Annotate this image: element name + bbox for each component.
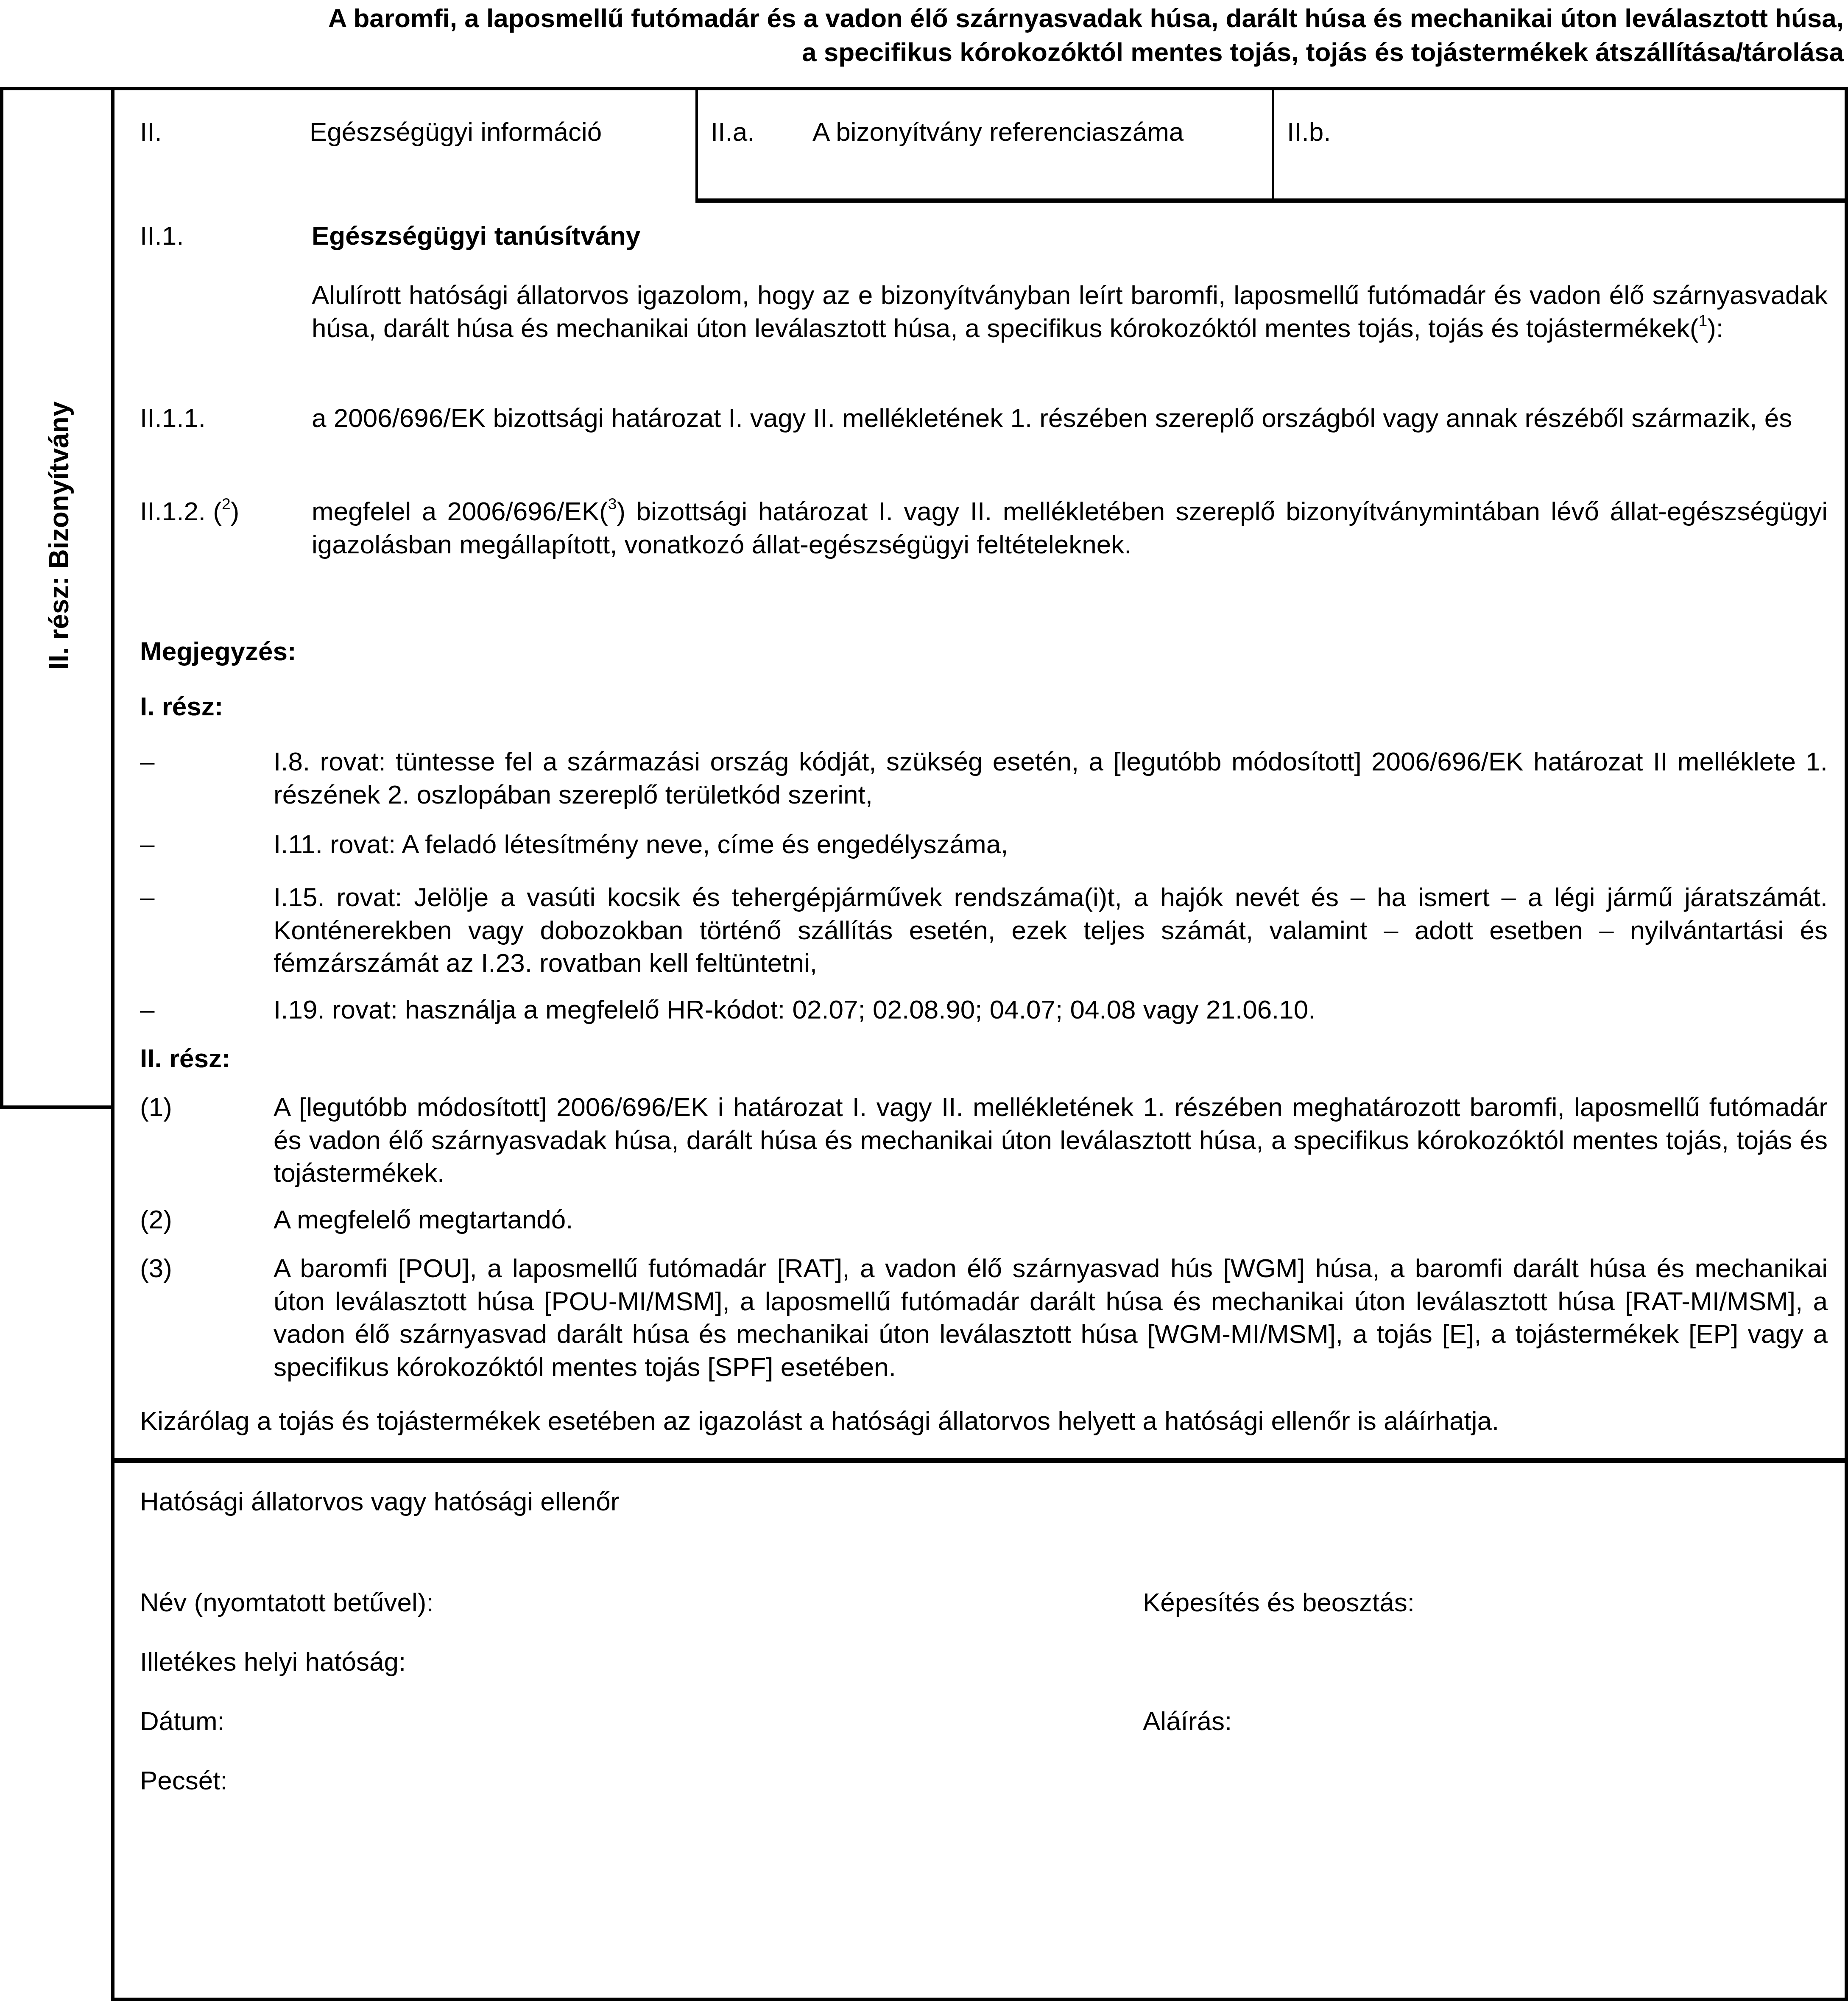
note-item: – I.15. rovat: Jelölje a vasúti kocsik é…: [140, 881, 1828, 980]
certificate-body: II. Egészségügyi információ II.a. A bizo…: [111, 87, 1848, 2001]
note-bullet: –: [140, 881, 154, 914]
notes-heading: Megjegyzés:: [140, 635, 296, 668]
intro-end: :: [1716, 314, 1723, 343]
note-bullet: –: [140, 828, 154, 861]
footnote-number: (3): [140, 1252, 172, 1285]
note-item: – I.19. rovat: használja a megfelelő HR-…: [140, 994, 1828, 1027]
footnote-ref-2: 2: [222, 495, 231, 513]
date-field-label[interactable]: Dátum:: [140, 1705, 225, 1738]
note-text: I.19. rovat: használja a megfelelő HR-kó…: [274, 994, 1828, 1027]
item-text: a 2006/696/EK bizottsági határozat I. va…: [312, 402, 1828, 435]
note-item: – I.11. rovat: A feladó létesítmény neve…: [140, 828, 1828, 861]
note-text: I.15. rovat: Jelölje a vasúti kocsik és …: [274, 881, 1828, 980]
side-label-column: II. rész: Bizonyítvány: [0, 87, 111, 1109]
footnote-text: A baromfi [POU], a laposmellű futómadár …: [274, 1252, 1828, 1384]
footnote-number: (2): [140, 1203, 172, 1236]
certificate-heading: Egészségügyi tanúsítvány: [312, 220, 1828, 253]
side-label: II. rész: Bizonyítvány: [42, 401, 76, 670]
footnote-ref-3: 3: [608, 495, 617, 513]
footnote-item: (1) A [legutóbb módosított] 2006/696/EK …: [140, 1091, 1828, 1190]
stamp-field-label[interactable]: Pecsét:: [140, 1764, 228, 1797]
footnote-item: (2) A megfelelő megtartandó.: [140, 1203, 1828, 1236]
title-line-1: A baromfi, a laposmellű futómadár és a v…: [42, 2, 1844, 36]
certificate-number: II.1.: [140, 220, 184, 253]
reference-number-cell[interactable]: II.a. A bizonyítvány referenciaszáma: [695, 90, 1272, 203]
reference-number-label: A bizonyítvány referenciaszáma: [812, 116, 1184, 149]
footnote-text: A [legutóbb módosított] 2006/696/EK i ha…: [274, 1091, 1828, 1190]
signature-heading: Hatósági állatorvos vagy hatósági ellenő…: [140, 1485, 619, 1518]
header-section-cell: II. Egészségügyi információ: [114, 90, 695, 201]
section-label: Egészségügyi információ: [310, 116, 602, 149]
iib-code: II.b.: [1287, 116, 1331, 149]
certificate-item: II.1.1. a 2006/696/EK bizottsági határoz…: [140, 402, 1828, 435]
note-item: – I.8. rovat: tüntesse fel a származási …: [140, 745, 1828, 811]
title-line-2: a specifikus kórokozóktól mentes tojás, …: [42, 36, 1844, 70]
item-number-text: II.1.2. (: [140, 497, 222, 526]
item-text: megfelel a 2006/696/EK(3) bizottsági hat…: [312, 495, 1828, 561]
certificate-heading-row: II.1. Egészségügyi tanúsítvány: [140, 220, 1828, 253]
qualification-field-label[interactable]: Képesítés és beosztás:: [1143, 1586, 1415, 1619]
note-text: I.8. rovat: tüntesse fel a származási or…: [274, 745, 1828, 811]
signature-divider: [114, 1458, 1845, 1463]
intro-text: Alulírott hatósági állatorvos igazolom, …: [312, 281, 1828, 343]
iib-cell[interactable]: II.b.: [1272, 90, 1845, 203]
certificate-item: II.1.2. (2) megfelel a 2006/696/EK(3) bi…: [140, 495, 1828, 561]
footnote-ref-1: 1: [1698, 311, 1707, 329]
item-number: II.1.1.: [140, 402, 206, 435]
section-number: II.: [140, 116, 162, 149]
notes-part2-heading: II. rész:: [140, 1042, 231, 1075]
authority-field-label[interactable]: Illetékes helyi hatóság:: [140, 1646, 406, 1679]
notes-closing: Kizárólag a tojás és tojástermékek eseté…: [140, 1405, 1499, 1438]
footnote-number: (1): [140, 1091, 172, 1124]
signature-field-label[interactable]: Aláírás:: [1143, 1705, 1232, 1738]
note-bullet: –: [140, 745, 154, 779]
certificate-intro: Alulírott hatósági állatorvos igazolom, …: [312, 279, 1828, 345]
name-field-label[interactable]: Név (nyomtatott betűvel):: [140, 1586, 434, 1619]
reference-number-code: II.a.: [711, 116, 754, 149]
notes-part1-heading: I. rész:: [140, 690, 223, 723]
page-title: A baromfi, a laposmellű futómadár és a v…: [42, 2, 1844, 70]
certificate-intro-row: Alulírott hatósági állatorvos igazolom, …: [140, 279, 1828, 345]
note-bullet: –: [140, 994, 154, 1027]
item-text-a: megfelel a 2006/696/EK(: [312, 497, 608, 526]
item-number: II.1.2. (2): [140, 495, 239, 528]
item-number-end: ): [231, 497, 240, 526]
note-text: I.11. rovat: A feladó létesítmény neve, …: [274, 828, 1828, 861]
footnote-text: A megfelelő megtartandó.: [274, 1203, 1828, 1236]
footnote-item: (3) A baromfi [POU], a laposmellű futóma…: [140, 1252, 1828, 1384]
